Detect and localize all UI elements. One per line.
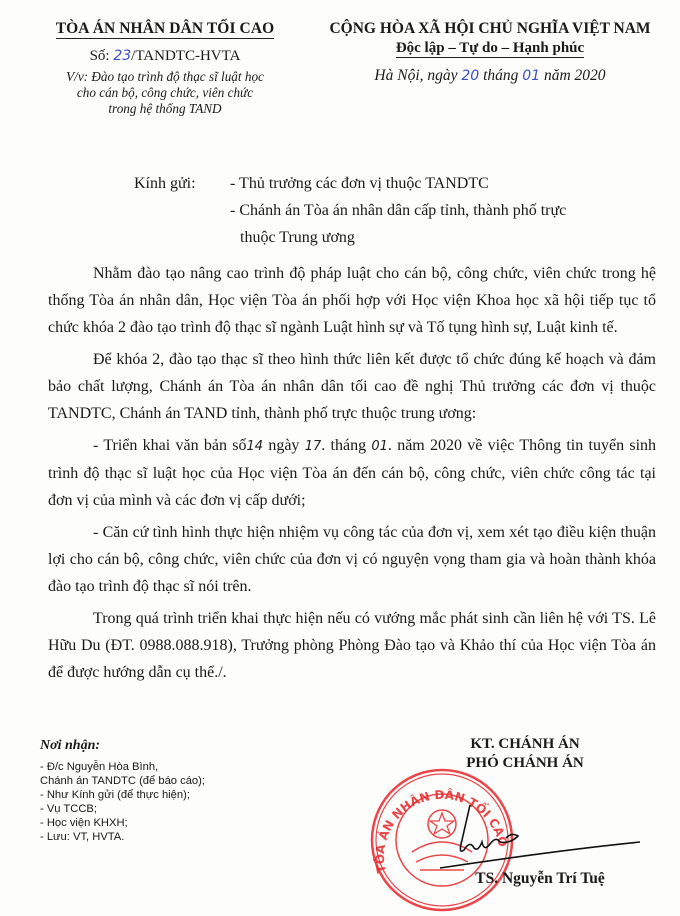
handwritten-signature-icon — [440, 800, 660, 870]
paragraph: - Căn cứ tình hình thực hiện nhiệm vụ cô… — [48, 519, 656, 600]
recipients-label: Kính gửi: — [134, 170, 230, 197]
issue-date: Hà Nội, ngày 20 tháng 01 năm 2020 — [300, 67, 680, 85]
signer-subrole: PHÓ CHÁNH ÁN — [400, 754, 650, 773]
letter-body: Nhằm đào tạo nâng cao trình độ pháp luật… — [48, 260, 656, 691]
motto: Độc lập – Tự do – Hạnh phúc — [300, 40, 680, 57]
paragraph: Nhằm đào tạo nâng cao trình độ pháp luật… — [48, 260, 656, 341]
paragraph: Để khóa 2, đào tạo thạc sĩ theo hình thứ… — [48, 346, 656, 427]
header-left: TÒA ÁN NHÂN DÂN TỐI CAO Số: 23/TANDTC-HV… — [20, 20, 310, 117]
nation-title: CỘNG HÒA XÃ HỘI CHỦ NGHĨA VIỆT NAM — [300, 20, 680, 38]
document-number: Số: 23/TANDTC-HVTA — [20, 48, 310, 65]
handwritten-doc-number: 23 — [113, 48, 131, 64]
header-right: CỘNG HÒA XÃ HỘI CHỦ NGHĨA VIỆT NAM Độc l… — [300, 20, 680, 85]
distribution-title: Nơi nhận: — [40, 738, 205, 754]
signer-role: KT. CHÁNH ÁN — [400, 735, 650, 754]
recipients: Kính gửi:- Thủ trưởng các đơn vị thuộc T… — [134, 170, 566, 251]
signer-name: TS. Nguyễn Trí Tuệ — [430, 870, 650, 888]
paragraph: Trong quá trình triển khai thực hiện nếu… — [48, 605, 656, 686]
distribution-list: Nơi nhận: - Đ/c Nguyễn Hòa Bình, Chánh á… — [40, 738, 205, 844]
signature-block: KT. CHÁNH ÁN PHÓ CHÁNH ÁN — [400, 735, 650, 773]
paragraph: - Triển khai văn bản số14 ngày 17. tháng… — [48, 432, 656, 514]
subject: V/v: Đào tạo trình độ thạc sĩ luật học c… — [20, 69, 310, 117]
organization-name: TÒA ÁN NHÂN DÂN TỐI CAO — [20, 20, 310, 38]
